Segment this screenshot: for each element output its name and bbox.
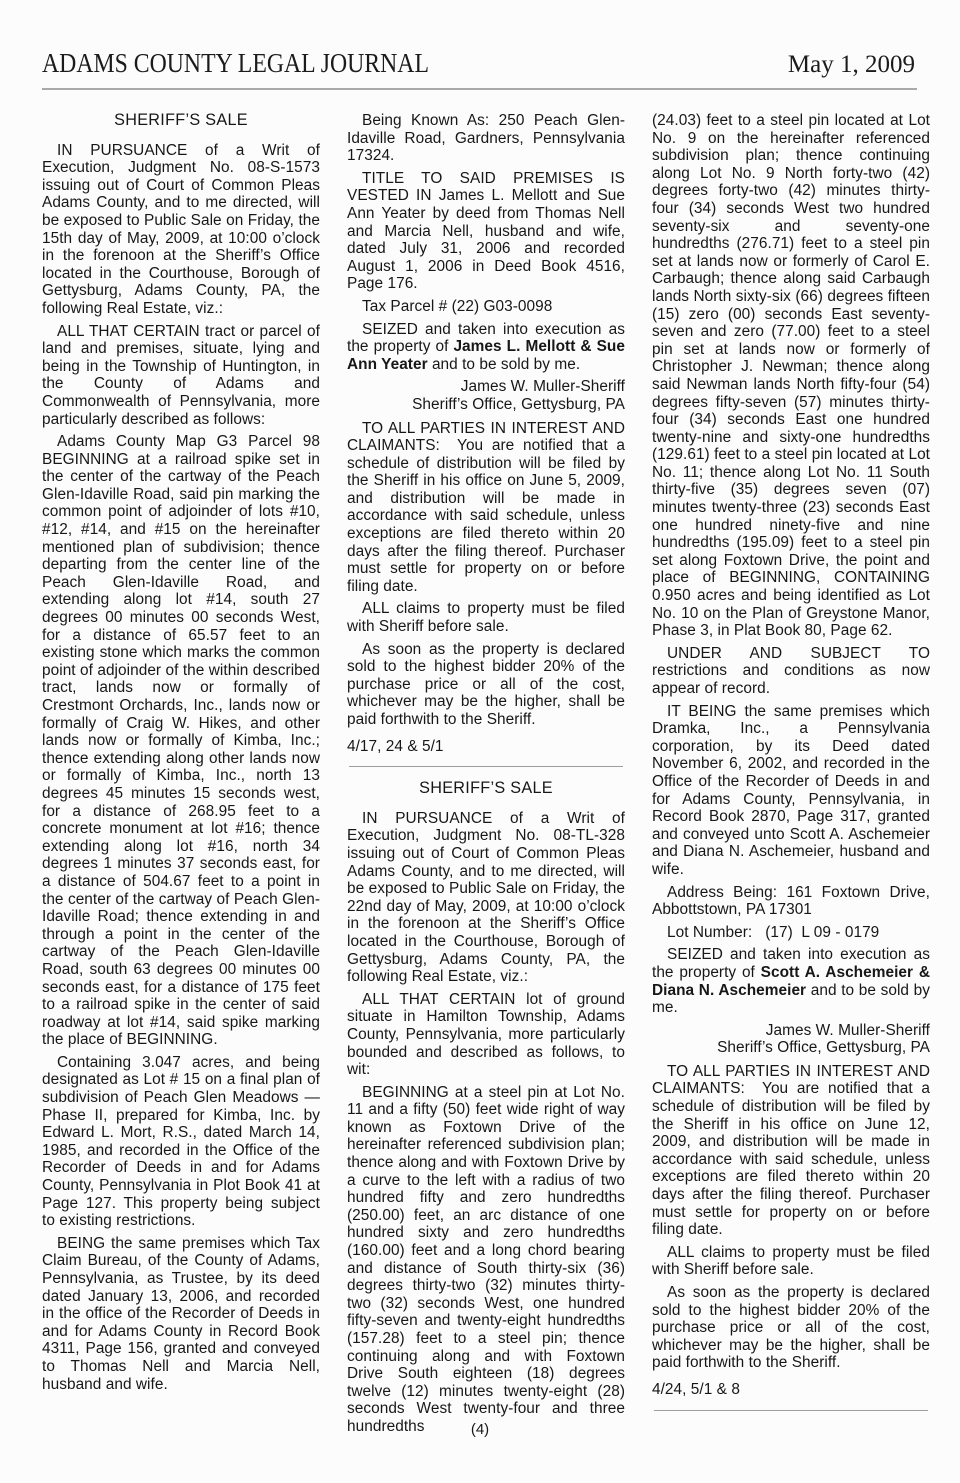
column-1: SHERIFF’S SALEIN PURSUANCE of a Writ of … <box>42 112 320 1436</box>
paragraph: As soon as the property is declared sold… <box>347 641 625 729</box>
column-3: (24.03) feet to a steel pin located at L… <box>652 112 930 1436</box>
paragraph: UNDER AND SUBJECT TO restrictions and co… <box>652 645 930 698</box>
sheriff-signature: James W. Muller-SheriffSheriff’s Office,… <box>652 1022 930 1057</box>
paragraph: IT BEING the same premises which Dramka,… <box>652 703 930 879</box>
section-divider <box>654 1410 928 1411</box>
paragraph: ALL claims to property must be filed wit… <box>652 1244 930 1279</box>
paragraph: Being Known As: 250 Peach Glen-Idaville … <box>347 112 625 165</box>
paragraph: BEGINNING at a steel pin at Lot No. 11 a… <box>347 1084 625 1436</box>
masthead-rule <box>42 88 917 90</box>
publication-dates: 4/24, 5/1 & 8 <box>652 1381 930 1399</box>
paragraph: SEIZED and taken into execution as the p… <box>652 946 930 1016</box>
paragraph: (24.03) feet to a steel pin located at L… <box>652 112 930 640</box>
paragraph: ALL THAT CERTAIN lot of ground situate i… <box>347 991 625 1079</box>
publication-dates: 4/17, 24 & 5/1 <box>347 738 625 756</box>
signature-line: James W. Muller-Sheriff <box>652 1022 930 1040</box>
signature-line: Sheriff’s Office, Gettysburg, PA <box>652 1039 930 1057</box>
notice-columns: SHERIFF’S SALEIN PURSUANCE of a Writ of … <box>42 112 931 1436</box>
issue-date: May 1, 2009 <box>788 52 915 77</box>
paragraph: IN PURSUANCE of a Writ of Execution, Jud… <box>347 810 625 986</box>
paragraph-text: and to be sold by me. <box>428 356 581 373</box>
notice-heading: SHERIFF’S SALE <box>42 112 320 130</box>
signature-line: Sheriff’s Office, Gettysburg, PA <box>347 396 625 414</box>
paragraph: TITLE TO SAID PREMISES IS VESTED IN Jame… <box>347 170 625 293</box>
paragraph: Adams County Map G3 Parcel 98 BEGINNING … <box>42 433 320 1049</box>
page-title: ADAMS COUNTY LEGAL JOURNAL <box>42 50 429 77</box>
paragraph: ALL THAT CERTAIN tract or parcel of land… <box>42 323 320 429</box>
paragraph: TO ALL PARTIES IN INTEREST AND CLAIMANTS… <box>652 1063 930 1239</box>
masthead: ADAMS COUNTY LEGAL JOURNAL May 1, 2009 <box>42 0 915 77</box>
paragraph: IN PURSUANCE of a Writ of Execution, Jud… <box>42 142 320 318</box>
sheriff-signature: James W. Muller-SheriffSheriff’s Office,… <box>347 378 625 413</box>
paragraph: BEING the same premises which Tax Claim … <box>42 1235 320 1393</box>
section-divider <box>349 766 623 767</box>
paragraph: As soon as the property is declared sold… <box>652 1284 930 1372</box>
paragraph: Tax Parcel # (22) G03-0098 <box>347 298 625 316</box>
paragraph: SEIZED and taken into execution as the p… <box>347 321 625 374</box>
paragraph: Containing 3.047 acres, and being design… <box>42 1054 320 1230</box>
column-2: Being Known As: 250 Peach Glen-Idaville … <box>347 112 625 1436</box>
notice-heading: SHERIFF’S SALE <box>347 780 625 798</box>
paragraph: ALL claims to property must be filed wit… <box>347 600 625 635</box>
signature-line: James W. Muller-Sheriff <box>347 378 625 396</box>
paragraph: TO ALL PARTIES IN INTEREST AND CLAIMANTS… <box>347 420 625 596</box>
page-number: (4) <box>0 1421 960 1438</box>
paragraph: Address Being: 161 Foxtown Drive, Abbott… <box>652 884 930 919</box>
paragraph: Lot Number: (17) L 09 - 0179 <box>652 924 930 942</box>
